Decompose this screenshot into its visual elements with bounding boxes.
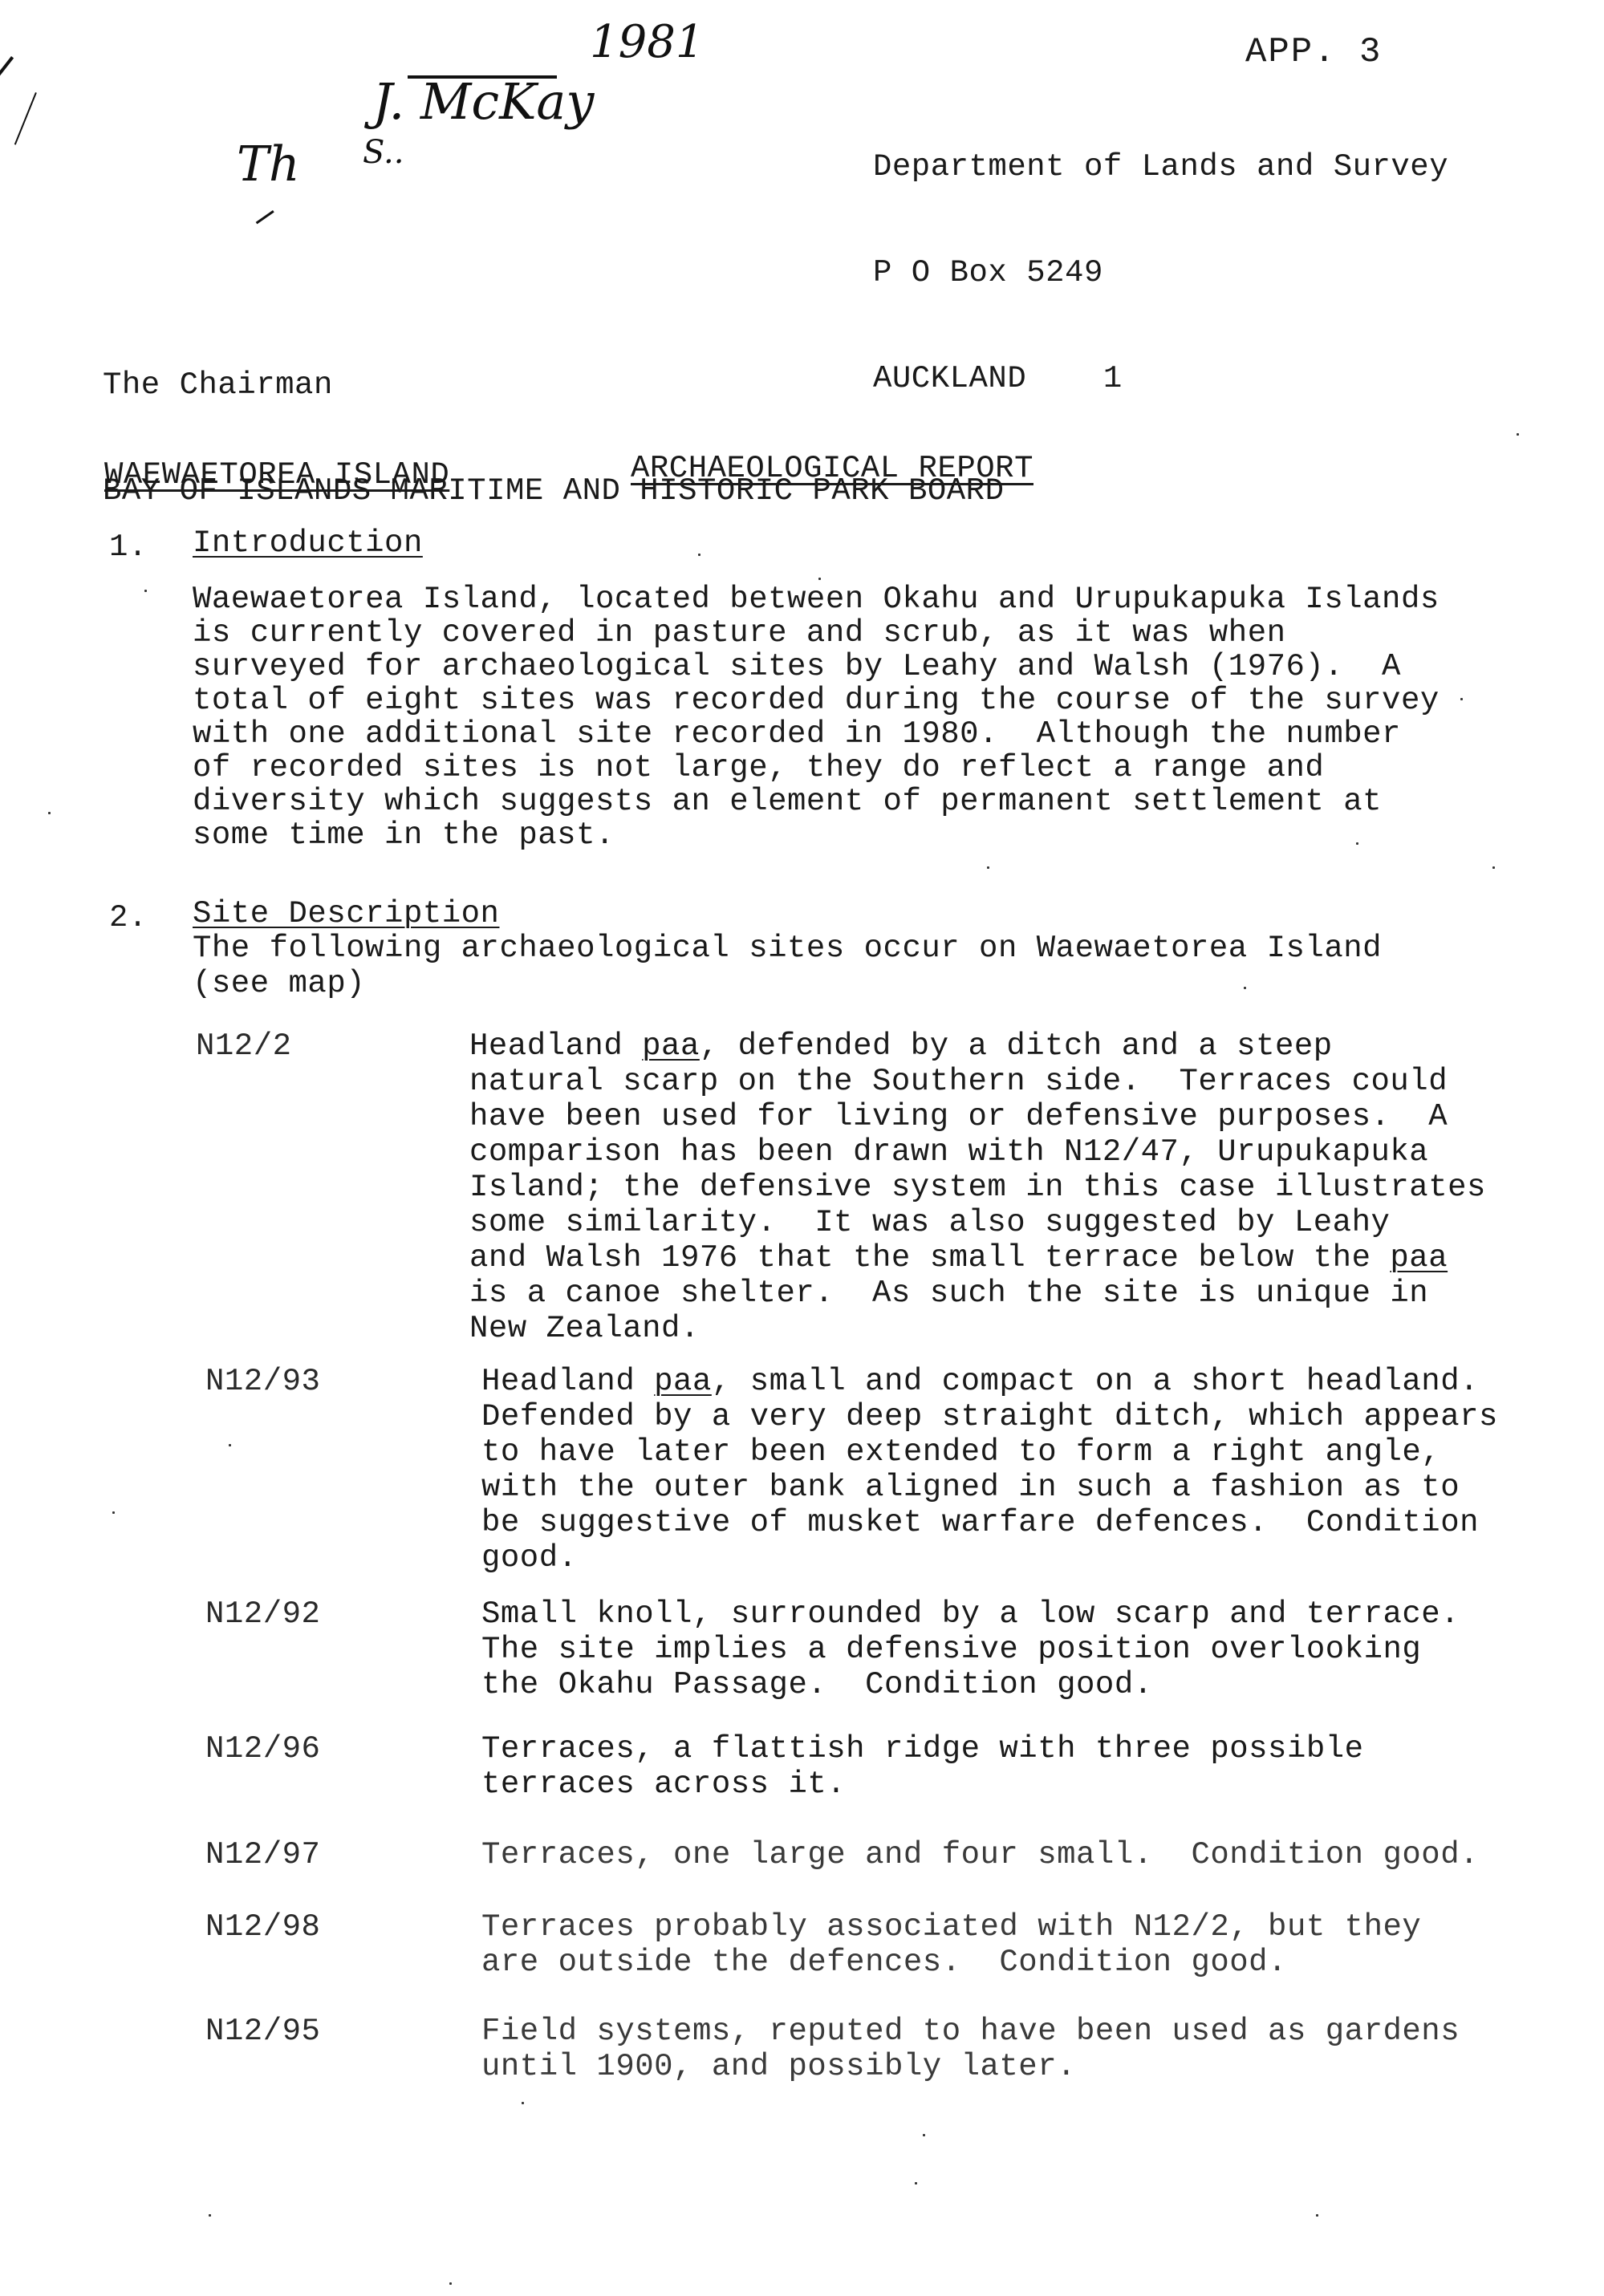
- scan-speck: [48, 812, 51, 814]
- text-line: Headland paa, small and compact on a sho…: [481, 1364, 1498, 1399]
- text-line: Headland paa, defended by a ditch and a …: [469, 1028, 1486, 1064]
- text-line: total of eight sites was recorded during…: [193, 684, 1440, 717]
- section-2-heading: Site Description: [193, 896, 499, 931]
- text-line: Waewaetorea Island, located between Okah…: [193, 582, 1440, 616]
- handwritten-s: S..: [363, 132, 404, 172]
- text-line: Field systems, reputed to have been used…: [481, 2014, 1460, 2049]
- scan-speck: [217, 1617, 219, 1619]
- text-line: The following archaeological sites occur…: [193, 931, 1382, 966]
- text-line: comparison has been drawn with N12/47, U…: [469, 1134, 1486, 1170]
- scan-speck: [1492, 866, 1495, 869]
- site-description: Field systems, reputed to have been used…: [481, 2014, 1460, 2084]
- sender-po-box: P O Box 5249: [873, 255, 1448, 290]
- text-line: New Zealand.: [469, 1311, 1486, 1346]
- section-2-number: 2.: [109, 900, 148, 935]
- text-line: Terraces probably associated with N12/2,…: [481, 1909, 1421, 1945]
- section-1-body: Waewaetorea Island, located between Okah…: [193, 582, 1440, 852]
- scan-speck: [1517, 433, 1519, 436]
- author-underline: [408, 75, 557, 79]
- text-line: (see map): [193, 966, 1382, 1001]
- text-line: to have later been extended to form a ri…: [481, 1434, 1498, 1470]
- text-line: with one additional site recorded in 198…: [193, 717, 1440, 751]
- emphasized-term: paa: [1390, 1240, 1448, 1276]
- site-code: N12/2: [196, 1028, 292, 1064]
- text-line: Small knoll, surrounded by a low scarp a…: [481, 1596, 1460, 1632]
- text-line: terraces across it.: [481, 1767, 1364, 1802]
- author-name: J. McKay: [372, 72, 594, 131]
- scan-speck: [818, 578, 821, 580]
- text-line: be suggestive of musket warfare defences…: [481, 1505, 1498, 1540]
- text-line: of recorded sites is not large, they do …: [193, 751, 1440, 785]
- scan-speck: [923, 2134, 925, 2136]
- scan-speck: [209, 2214, 211, 2217]
- appendix-label: APP. 3: [1245, 32, 1382, 72]
- text-line: The site implies a defensive position ov…: [481, 1632, 1460, 1667]
- section-2-intro: The following archaeological sites occur…: [193, 931, 1382, 1001]
- site-description: Headland paa, defended by a ditch and a …: [469, 1028, 1486, 1346]
- site-description: Terraces, one large and four small. Cond…: [481, 1837, 1479, 1872]
- pen-stroke-mark: [0, 56, 14, 91]
- handwritten-initials: Th: [237, 136, 300, 193]
- scan-speck: [144, 590, 147, 592]
- scan-speck: [449, 2282, 452, 2285]
- text-line: have been used for living or defensive p…: [469, 1099, 1486, 1134]
- text-line: Terraces, a flattish ridge with three po…: [481, 1731, 1364, 1767]
- text-line: Island; the defensive system in this cas…: [469, 1170, 1486, 1205]
- text-line: is a canoe shelter. As such the site is …: [469, 1276, 1486, 1311]
- site-code: N12/92: [205, 1596, 320, 1632]
- scan-speck: [229, 1444, 231, 1446]
- report-title-type: ARCHAEOLOGICAL REPORT: [631, 451, 1033, 486]
- text-line: diversity which suggests an element of p…: [193, 785, 1440, 818]
- scan-speck: [698, 554, 700, 556]
- text-line: with the outer bank aligned in such a fa…: [481, 1470, 1498, 1505]
- text-line: until 1900, and possibly later.: [481, 2049, 1460, 2084]
- sender-department: Department of Lands and Survey: [873, 149, 1448, 185]
- text-line: surveyed for archaeological sites by Lea…: [193, 650, 1440, 684]
- text-line: are outside the defences. Condition good…: [481, 1945, 1421, 1980]
- pen-stroke-mark: [14, 92, 37, 145]
- section-1-heading: Introduction: [193, 525, 423, 561]
- pen-stroke-mark: [256, 210, 274, 224]
- section-1-number: 1.: [109, 529, 148, 565]
- text-line: Defended by a very deep straight ditch, …: [481, 1399, 1498, 1434]
- text-line: and Walsh 1976 that the small terrace be…: [469, 1240, 1486, 1276]
- recipient-address: The Chairman BAY OF ISLANDS MARITIME AND…: [103, 297, 1004, 544]
- text-line: Terraces, one large and four small. Cond…: [481, 1837, 1479, 1872]
- scan-speck: [112, 1511, 115, 1514]
- emphasized-term: paa: [642, 1028, 700, 1064]
- site-code: N12/93: [205, 1364, 320, 1399]
- text-line: natural scarp on the Southern side. Terr…: [469, 1064, 1486, 1099]
- site-code: N12/97: [205, 1837, 320, 1872]
- site-code: N12/95: [205, 2014, 320, 2049]
- site-description: Headland paa, small and compact on a sho…: [481, 1364, 1498, 1576]
- scan-speck: [522, 2102, 524, 2104]
- scan-speck: [1316, 2214, 1318, 2217]
- scan-speck: [915, 2182, 917, 2184]
- text-line: is currently covered in pasture and scru…: [193, 616, 1440, 650]
- handwritten-year: 1981: [590, 14, 705, 71]
- scan-speck: [1356, 842, 1358, 845]
- report-title-island: WAEWAETOREA ISLAND: [104, 457, 449, 493]
- text-line: the Okahu Passage. Condition good.: [481, 1667, 1460, 1702]
- scan-speck: [1244, 987, 1246, 989]
- site-code: N12/98: [205, 1909, 320, 1945]
- site-description: Terraces probably associated with N12/2,…: [481, 1909, 1421, 1980]
- site-description: Small knoll, surrounded by a low scarp a…: [481, 1596, 1460, 1702]
- scan-speck: [987, 866, 989, 869]
- text-line: some similarity. It was also suggested b…: [469, 1205, 1486, 1240]
- text-line: some time in the past.: [193, 818, 1440, 852]
- site-description: Terraces, a flattish ridge with three po…: [481, 1731, 1364, 1802]
- recipient-title: The Chairman: [103, 367, 1004, 403]
- handwritten-author: J. McKay: [341, 18, 594, 130]
- site-code: N12/96: [205, 1731, 320, 1767]
- scan-speck: [1460, 698, 1463, 700]
- emphasized-term: paa: [654, 1364, 712, 1399]
- text-line: good.: [481, 1540, 1498, 1576]
